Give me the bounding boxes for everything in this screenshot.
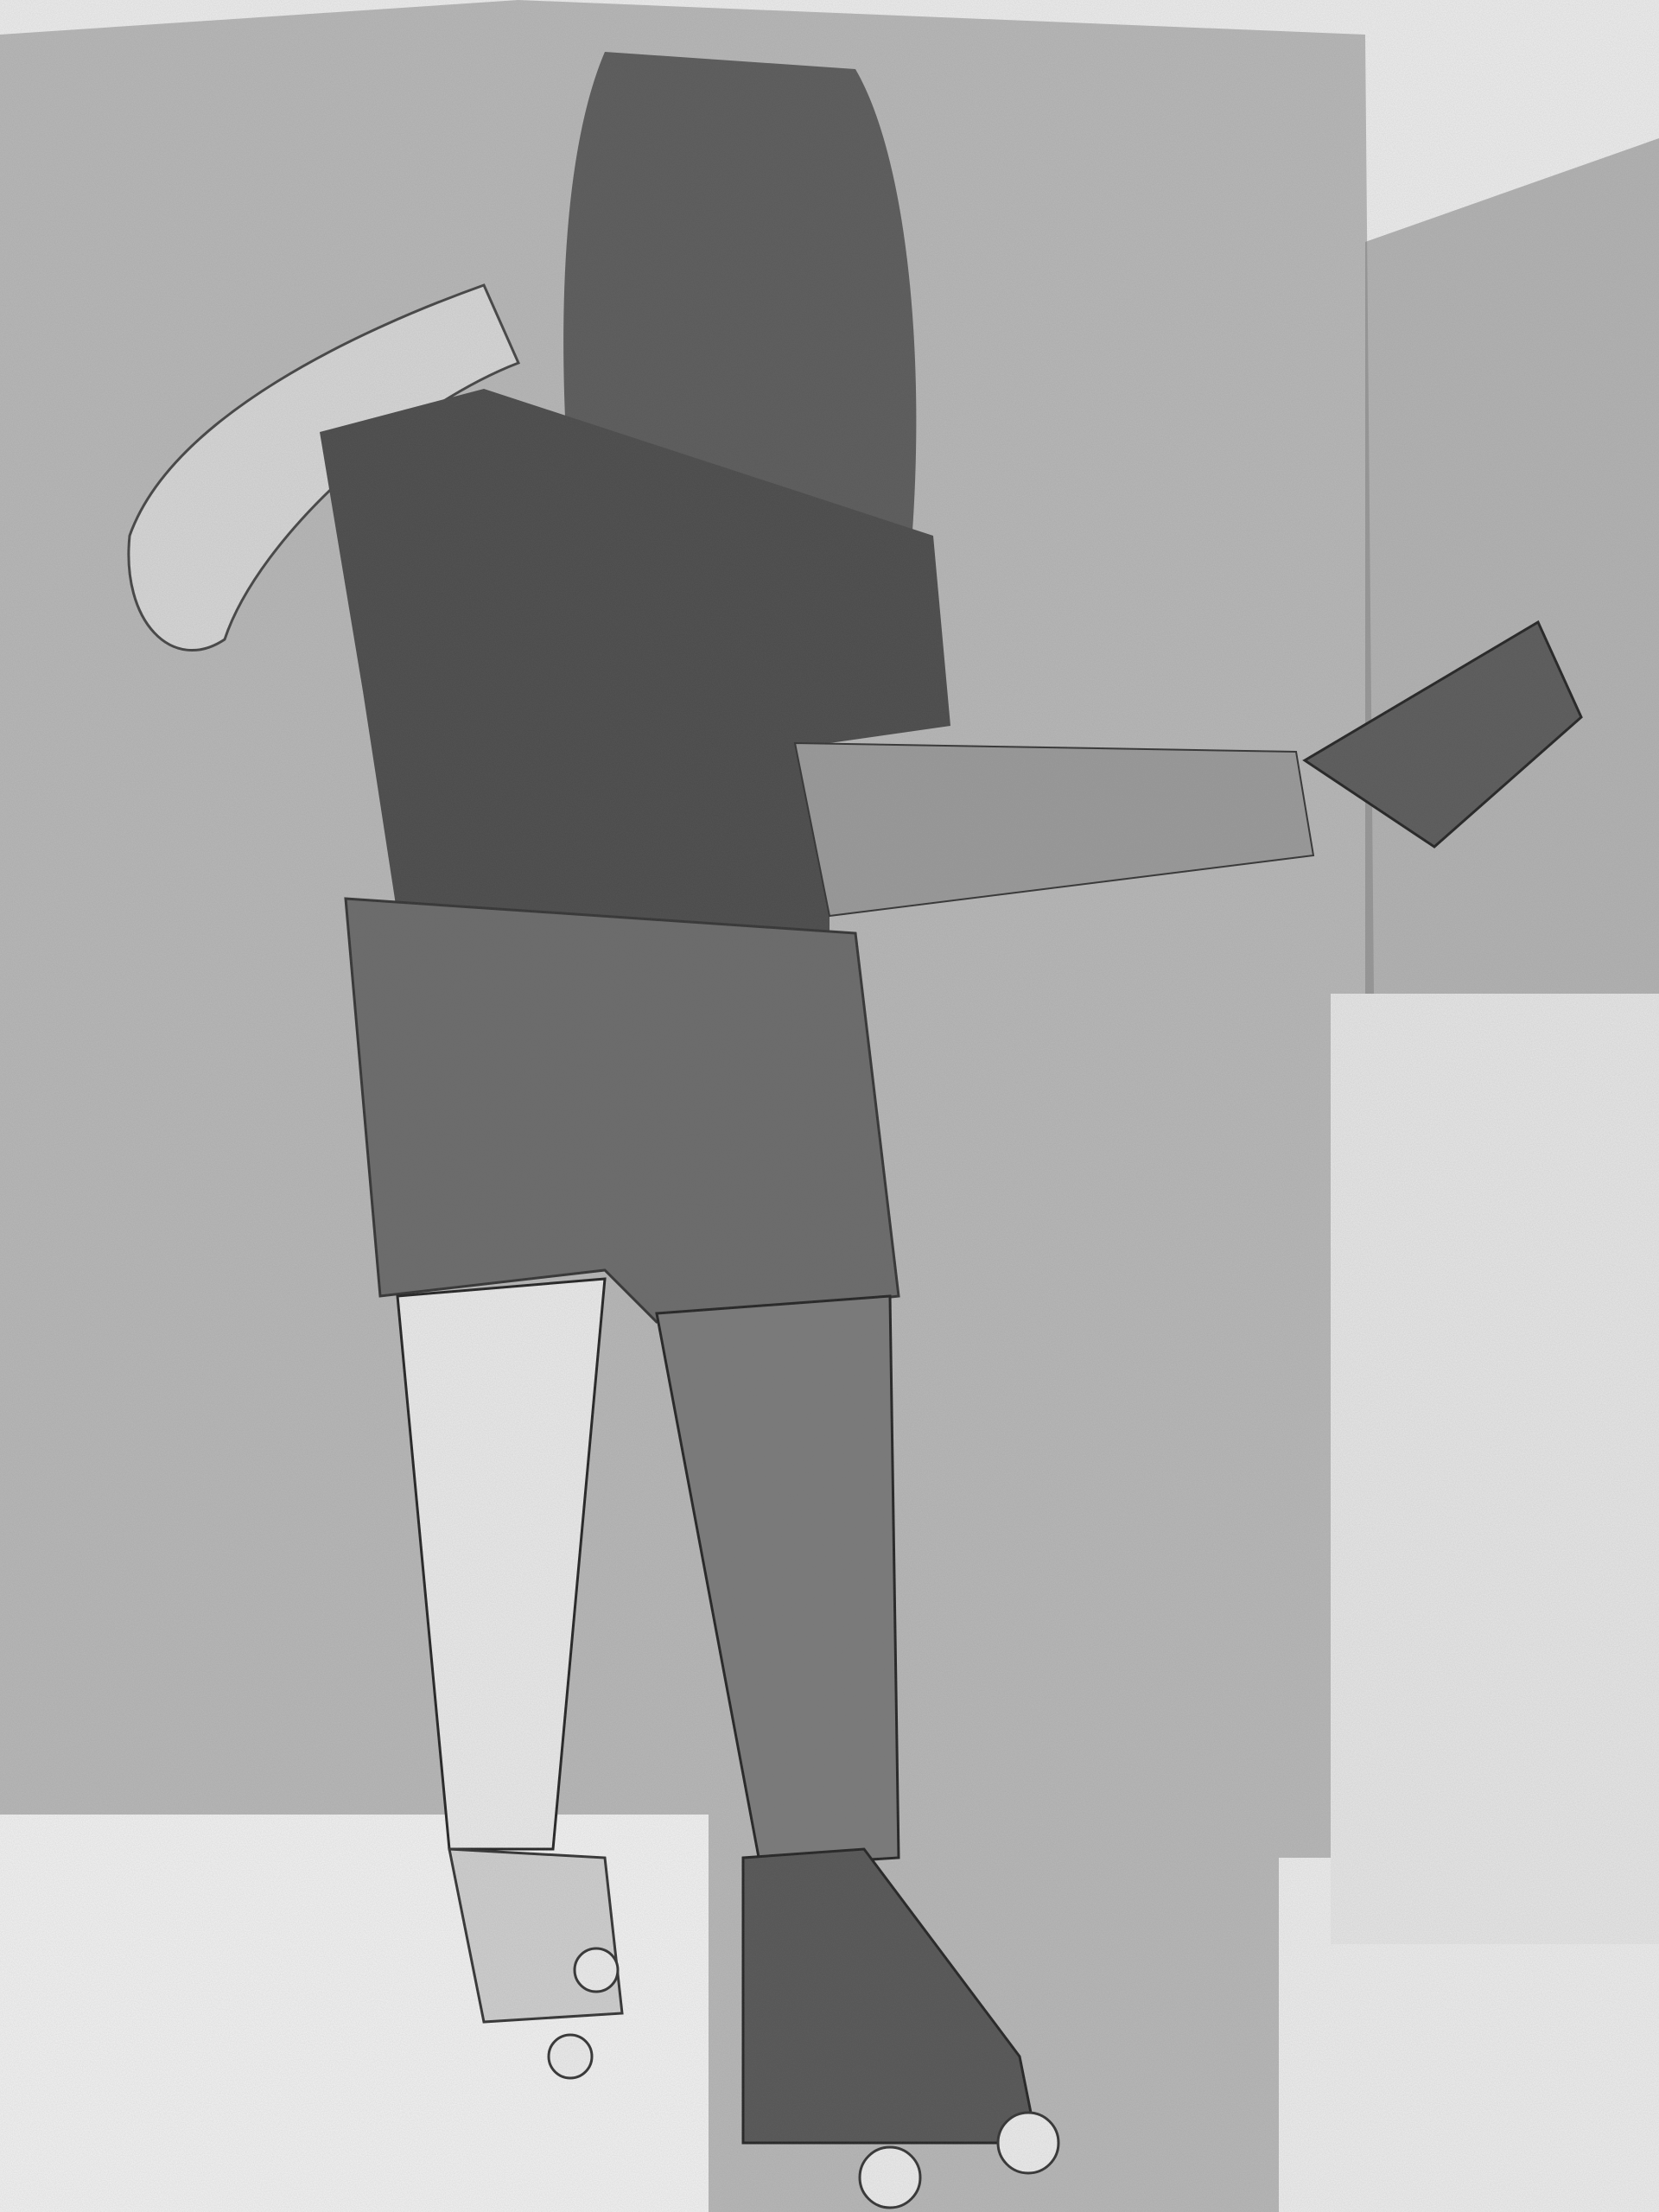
charcoal-drawing (0, 0, 1659, 2212)
drawing-svg (0, 0, 1659, 2212)
